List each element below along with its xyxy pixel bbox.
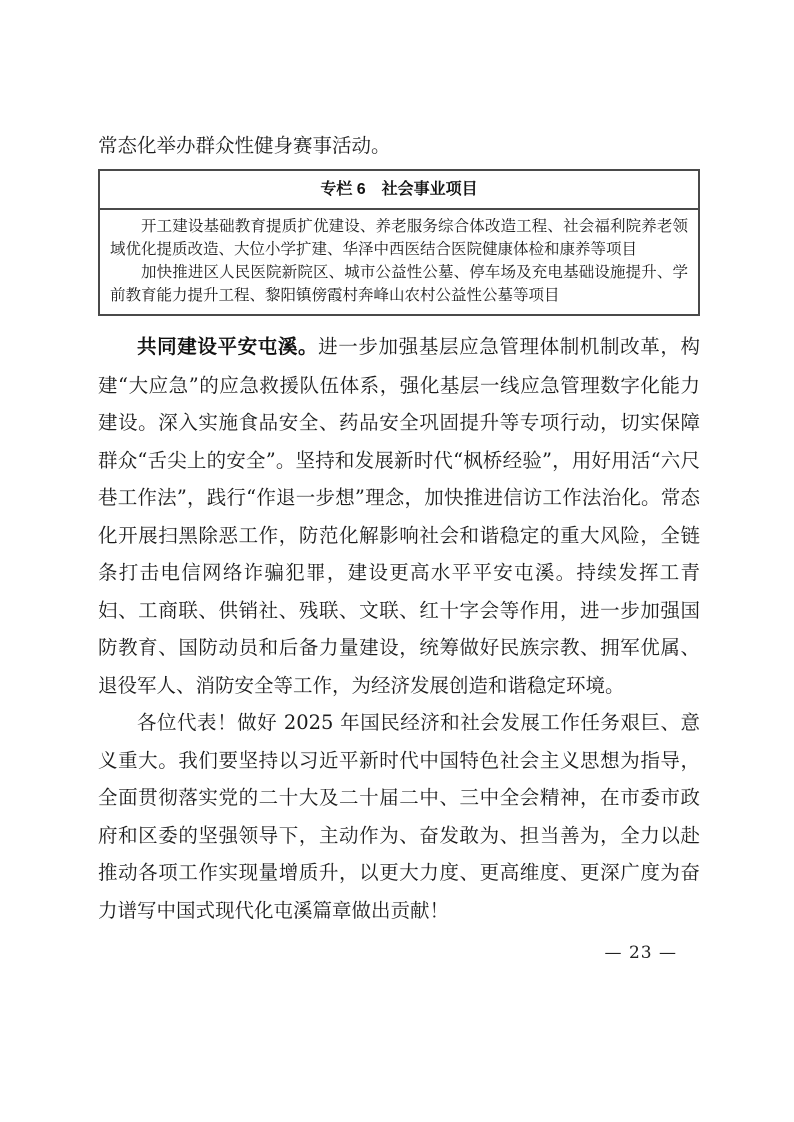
body-paragraph-safe-tunxi: 共同建设平安屯溪。进一步加强基层应急管理体制机制改革，构建“大应急”的应急救援队… — [98, 328, 700, 704]
continuation-paragraph: 常态化举办群众性健身赛事活动。 — [98, 130, 700, 161]
column-box-body: 开工建设基础教育提质扩优建设、养老服务综合体改造工程、社会福利院养老领域优化提质… — [100, 210, 698, 314]
body-paragraph-closing: 各位代表！做好 2025 年国民经济和社会发展工作任务艰巨、意义重大。我们要坚持… — [98, 704, 700, 929]
page-number: — 23 — — [98, 941, 677, 965]
paragraph-text: 各位代表！做好 2025 年国民经济和社会发展工作任务艰巨、意义重大。我们要坚持… — [98, 711, 700, 922]
column-box-item-2: 加快推进区人民医院新院区、城市公益性公墓、停车场及充电基础设施提升、学前教育能力… — [110, 261, 688, 307]
column-box-title: 专栏 6 社会事业项目 — [100, 171, 698, 210]
paragraph-text: 进一步加强基层应急管理体制机制改革，构建“大应急”的应急救援队伍体系，强化基层一… — [98, 335, 700, 697]
column-box-item-1: 开工建设基础教育提质扩优建设、养老服务综合体改造工程、社会福利院养老领域优化提质… — [110, 215, 688, 261]
document-page: 常态化举办群众性健身赛事活动。 专栏 6 社会事业项目 开工建设基础教育提质扩优… — [0, 0, 794, 1122]
paragraph-lead: 共同建设平安屯溪。 — [137, 336, 318, 358]
column-box-social-projects: 专栏 6 社会事业项目 开工建设基础教育提质扩优建设、养老服务综合体改造工程、社… — [98, 169, 700, 316]
